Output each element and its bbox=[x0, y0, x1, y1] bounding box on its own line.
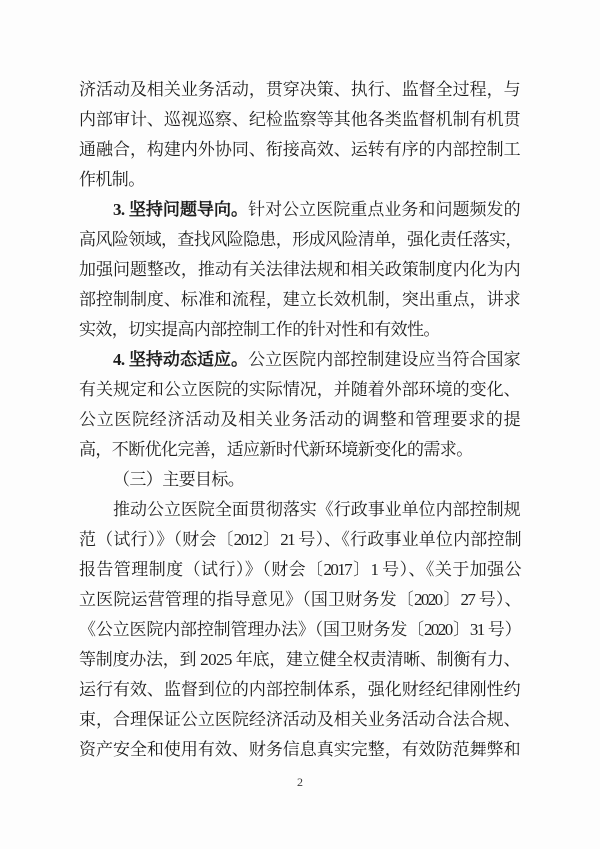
text-line: 公立医院经济活动及相关业务活动的调整和管理要求的提 bbox=[79, 405, 520, 435]
line-text: 针对公立医院重点业务和问题频发的 bbox=[248, 200, 520, 219]
text-line: 推动公立医院全面贯彻落实《行政事业单位内部控制规 bbox=[79, 495, 520, 525]
line-text: 济活动及相关业务活动，贯穿决策、执行、监督全过程，与 bbox=[79, 80, 520, 99]
paragraph-lead: 3. 坚持问题导向。 bbox=[113, 200, 248, 219]
line-text: 报告管理制度（试行）》（财会〔2017〕1 号）、《关于加强公 bbox=[79, 560, 520, 579]
text-line: 《公立医院内部控制管理办法》（国卫财务发〔2020〕31 号） bbox=[79, 615, 520, 645]
line-text: 作机制。 bbox=[79, 170, 145, 189]
text-line: 报告管理制度（试行）》（财会〔2017〕1 号）、《关于加强公 bbox=[79, 555, 520, 585]
text-line: 资产安全和使用有效、财务信息真实完整，有效防范舞弊和 bbox=[79, 735, 520, 765]
line-text: 内部审计、巡视巡察、纪检监察等其他各类监督机制有机贯 bbox=[79, 110, 520, 129]
text-line: 济活动及相关业务活动，贯穿决策、执行、监督全过程，与 bbox=[79, 75, 520, 105]
text-line: 高，不断优化完善，适应新时代新环境新变化的需求。 bbox=[79, 435, 520, 465]
line-text: 立医院运营管理的指导意见》（国卫财务发〔2020〕27 号）、 bbox=[79, 590, 520, 609]
text-line: 有关规定和公立医院的实际情况，并随着外部环境的变化、 bbox=[79, 375, 520, 405]
document-page: 济活动及相关业务活动，贯穿决策、执行、监督全过程，与内部审计、巡视巡察、纪检监察… bbox=[0, 0, 600, 849]
text-line: 4. 坚持动态适应。公立医院内部控制建设应当符合国家 bbox=[79, 345, 520, 375]
text-line: 内部审计、巡视巡察、纪检监察等其他各类监督机制有机贯 bbox=[79, 105, 520, 135]
line-text: 运行有效、监督到位的内部控制体系，强化财经纪律刚性约 bbox=[79, 680, 520, 699]
page-body: 济活动及相关业务活动，贯穿决策、执行、监督全过程，与内部审计、巡视巡察、纪检监察… bbox=[79, 75, 520, 765]
text-line: 束，合理保证公立医院经济活动及相关业务活动合法合规、 bbox=[79, 705, 520, 735]
text-line: 3. 坚持问题导向。针对公立医院重点业务和问题频发的 bbox=[79, 195, 520, 225]
line-text: 部控制制度、标准和流程，建立长效机制，突出重点，讲求 bbox=[79, 290, 520, 309]
text-line: 运行有效、监督到位的内部控制体系，强化财经纪律刚性约 bbox=[79, 675, 520, 705]
line-text: 《公立医院内部控制管理办法》（国卫财务发〔2020〕31 号） bbox=[79, 620, 520, 639]
line-text: 公立医院内部控制建设应当符合国家 bbox=[248, 350, 520, 369]
text-line: 范（试行）》（财会〔2012〕21 号）、《行政事业单位内部控制 bbox=[79, 525, 520, 555]
line-text: 等制度办法，到 2025 年底，建立健全权责清晰、制衡有力、 bbox=[79, 650, 520, 669]
line-text: 推动公立医院全面贯彻落实《行政事业单位内部控制规 bbox=[113, 500, 520, 519]
line-text: 范（试行）》（财会〔2012〕21 号）、《行政事业单位内部控制 bbox=[79, 530, 520, 549]
line-text: 通融合，构建内外协同、衔接高效、运转有序的内部控制工 bbox=[79, 140, 520, 159]
line-text: 有关规定和公立医院的实际情况，并随着外部环境的变化、 bbox=[79, 380, 520, 399]
text-line: 等制度办法，到 2025 年底，建立健全权责清晰、制衡有力、 bbox=[79, 645, 520, 675]
text-line: 通融合，构建内外协同、衔接高效、运转有序的内部控制工 bbox=[79, 135, 520, 165]
text-line: 作机制。 bbox=[79, 165, 520, 195]
line-text: 高风险领域，查找风险隐患，形成风险清单，强化责任落实， bbox=[79, 230, 522, 249]
page-footer: 2 bbox=[0, 775, 600, 790]
text-line: 实效，切实提高内部控制工作的针对性和有效性。 bbox=[79, 315, 520, 345]
page-number: 2 bbox=[297, 775, 303, 789]
text-line: 部控制制度、标准和流程，建立长效机制，突出重点，讲求 bbox=[79, 285, 520, 315]
text-line: 高风险领域，查找风险隐患，形成风险清单，强化责任落实， bbox=[79, 225, 520, 255]
line-text: 加强问题整改，推动有关法律法规和相关政策制度内化为内 bbox=[79, 260, 520, 279]
line-text: 实效，切实提高内部控制工作的针对性和有效性。 bbox=[79, 320, 440, 339]
line-text: 资产安全和使用有效、财务信息真实完整，有效防范舞弊和 bbox=[79, 740, 520, 759]
text-line: 立医院运营管理的指导意见》（国卫财务发〔2020〕27 号）、 bbox=[79, 585, 520, 615]
text-line: （三）主要目标。 bbox=[79, 465, 520, 495]
line-text: 高，不断优化完善，适应新时代新环境新变化的需求。 bbox=[79, 440, 473, 459]
line-text: 束，合理保证公立医院经济活动及相关业务活动合法合规、 bbox=[79, 710, 520, 729]
line-text: （三）主要目标。 bbox=[113, 470, 244, 489]
text-line: 加强问题整改，推动有关法律法规和相关政策制度内化为内 bbox=[79, 255, 520, 285]
paragraph-lead: 4. 坚持动态适应。 bbox=[113, 350, 248, 369]
line-text: 公立医院经济活动及相关业务活动的调整和管理要求的提 bbox=[79, 410, 520, 429]
